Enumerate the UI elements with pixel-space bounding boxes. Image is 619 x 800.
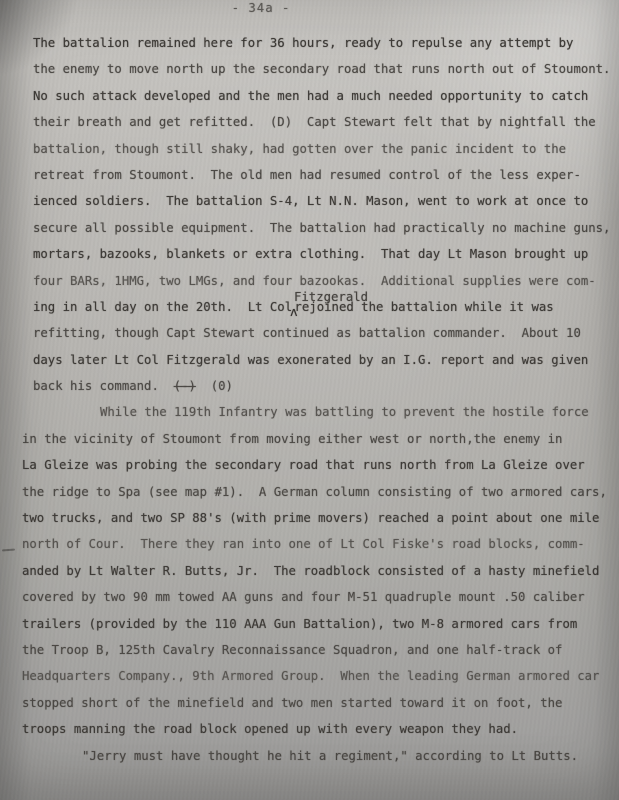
- document-page: - 34a - The battalion remained here for …: [0, 0, 619, 800]
- text-segment: back his command.: [33, 379, 174, 393]
- text-line: While the 119th Infantry was battling to…: [0, 399, 619, 425]
- text-line-with-strikeout: back his command. (-) (0): [0, 373, 619, 399]
- text-line: the ridge to Spa (see map #1). A German …: [0, 479, 619, 505]
- text-line: stopped short of the minefield and two m…: [0, 690, 619, 716]
- text-line: anded by Lt Walter R. Butts, Jr. The roa…: [0, 558, 619, 584]
- text-line: north of Cour. There they ran into one o…: [0, 531, 619, 557]
- text-line: in the vicinity of Stoumont from moving …: [0, 426, 619, 452]
- text-line: secure all possible equipment. The batta…: [0, 215, 619, 241]
- page-number: - 34a -: [0, 1, 522, 15]
- text-line: Headquarters Company., 9th Armored Group…: [0, 663, 619, 689]
- text-line: refitting, though Capt Stewart continued…: [0, 320, 619, 346]
- text-segment: ing in all day on the 20th. Lt Col: [33, 300, 292, 314]
- typed-insertion-fitzgerald: Fitzgerald: [294, 290, 368, 304]
- text-line: The battalion remained here for 36 hours…: [0, 30, 619, 56]
- text-line: retreat from Stoumont. The old men had r…: [0, 162, 619, 188]
- text-line: two trucks, and two SP 88's (with prime …: [0, 505, 619, 531]
- text-line: "Jerry must have thought he hit a regime…: [0, 743, 619, 769]
- text-line: days later Lt Col Fitzgerald was exonera…: [0, 347, 619, 373]
- text-line: La Gleize was probing the secondary road…: [0, 452, 619, 478]
- text-line: ienced soldiers. The battalion S-4, Lt N…: [0, 188, 619, 214]
- text-line: No such attack developed and the men had…: [0, 83, 619, 109]
- text-line: their breath and get refitted. (D) Capt …: [0, 109, 619, 135]
- text-line: the Troop B, 125th Cavalry Reconnaissanc…: [0, 637, 619, 663]
- text-line: trailers (provided by the 110 AAA Gun Ba…: [0, 611, 619, 637]
- text-line: the enemy to move north up the secondary…: [0, 56, 619, 82]
- struck-text: (-): [174, 379, 196, 393]
- text-line: mortars, bazooks, blankets or extra clot…: [0, 241, 619, 267]
- text-line: covered by two 90 mm towed AA guns and f…: [0, 584, 619, 610]
- text-line: troops manning the road block opened up …: [0, 716, 619, 742]
- text-segment: (0): [196, 379, 233, 393]
- typed-text-body: The battalion remained here for 36 hours…: [0, 30, 619, 769]
- text-line: battalion, though still shaky, had gotte…: [0, 136, 619, 162]
